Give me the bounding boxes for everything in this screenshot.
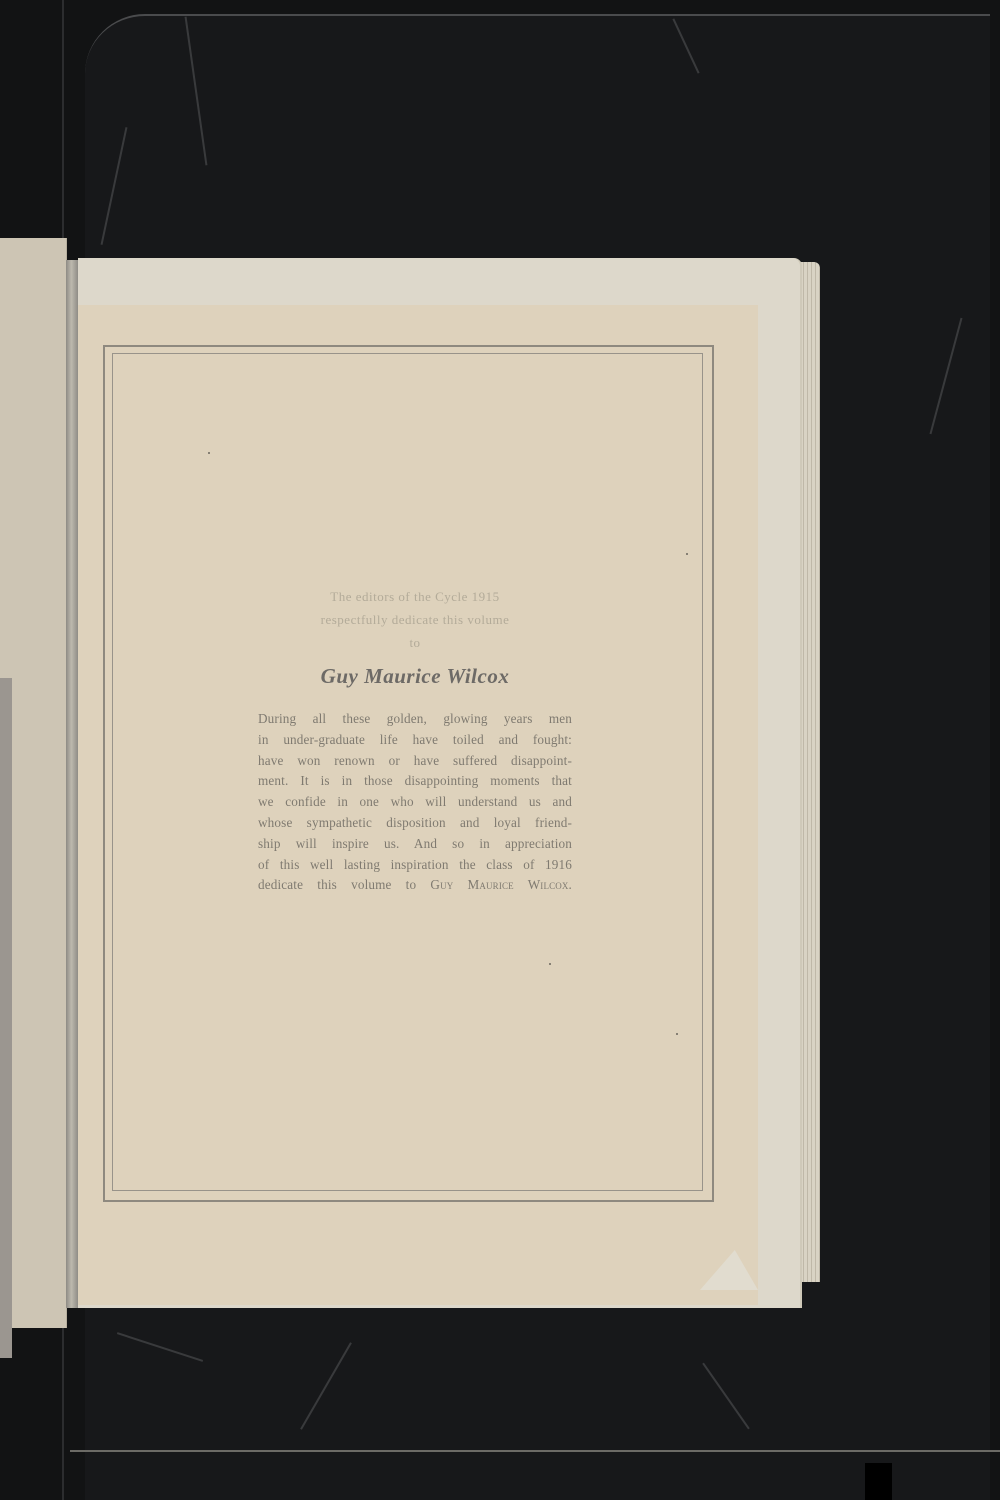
- paragraph-line: have won renown or have suffered disappo…: [258, 751, 572, 772]
- cover-crack: [930, 318, 963, 434]
- paragraph-line: of this well lasting inspiration the cla…: [258, 855, 572, 876]
- paragraph-last-line: dedicate this volume to Guy Maurice Wilc…: [258, 875, 572, 896]
- gutter: [66, 260, 78, 1308]
- paragraph-line: During all these golden, glowing years m…: [258, 709, 572, 730]
- dedication-line-1: The editors of the Cycle 1915: [258, 585, 572, 608]
- speck: [549, 963, 551, 965]
- dedication-line-3: to: [258, 631, 572, 654]
- left-page: [0, 238, 67, 1328]
- paragraph-line: ment. It is in those disappointing momen…: [258, 771, 572, 792]
- cover-crack: [101, 127, 128, 245]
- cover-crack: [300, 1342, 352, 1430]
- speck: [676, 1033, 678, 1035]
- dedication-paragraph: During all these golden, glowing years m…: [258, 709, 572, 896]
- dedication-line-2: respectfully dedicate this volume: [258, 608, 572, 631]
- paragraph-line: whose sympathetic disposition and loyal …: [258, 813, 572, 834]
- cover-crack: [702, 1363, 750, 1430]
- paragraph-line: we confide in one who will understand us…: [258, 792, 572, 813]
- left-page-photo-edge: [0, 678, 12, 1358]
- speck: [208, 452, 210, 454]
- cover-crack: [117, 1332, 203, 1362]
- cover-crack: [185, 17, 208, 166]
- last-line-name: Guy Maurice Wilcox.: [430, 877, 572, 892]
- last-line-prefix: dedicate this volume to: [258, 877, 430, 892]
- cover-crack: [672, 18, 699, 73]
- dedication-block: The editors of the Cycle 1915 respectful…: [258, 585, 572, 896]
- bottom-rule: [70, 1450, 1000, 1452]
- dedicatee-name: Guy Maurice Wilcox: [258, 664, 572, 689]
- speck: [686, 553, 688, 555]
- bottom-slot: [865, 1463, 892, 1500]
- paragraph-line: in under-graduate life have toiled and f…: [258, 730, 572, 751]
- paragraph-line: ship will inspire us. And so in apprecia…: [258, 834, 572, 855]
